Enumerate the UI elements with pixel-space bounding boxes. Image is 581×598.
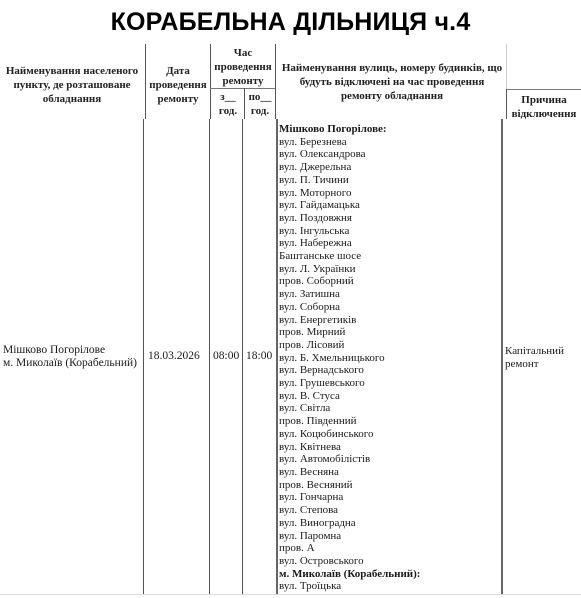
street-item: вул. Інгульська bbox=[279, 225, 501, 238]
header-divider bbox=[145, 44, 146, 119]
header-time-to: по__ год. bbox=[245, 90, 275, 118]
street-item: пров. А bbox=[279, 542, 501, 555]
page-title: КОРАБЕЛЬНА ДІЛЬНИЦЯ ч.4 bbox=[0, 8, 581, 37]
body-divider bbox=[242, 119, 243, 594]
street-item: вул. Джерельна bbox=[279, 161, 501, 174]
street-item: вул. Автомобілістів bbox=[279, 453, 501, 466]
street-item: вул. Березнева bbox=[279, 136, 501, 149]
settlement-cell: Мішково Погорілове м. Миколаїв (Корабель… bbox=[3, 344, 143, 370]
header-divider bbox=[275, 44, 276, 119]
time-to-cell: 18:00 bbox=[246, 350, 272, 363]
street-item: вул. Л. Українки bbox=[279, 263, 501, 276]
street-item: вул. Гайдамацька bbox=[279, 199, 501, 212]
street-item: вул. Світла bbox=[279, 402, 501, 415]
street-item: вул. Затишна bbox=[279, 288, 501, 301]
header-divider bbox=[244, 88, 245, 119]
settlement-line: м. Миколаїв (Корабельний) bbox=[3, 357, 143, 370]
street-item: вул. Виноградна bbox=[279, 517, 501, 530]
street-item: вул. Набережна bbox=[279, 237, 501, 250]
header-divider bbox=[506, 89, 581, 90]
street-item: вул. Моторного bbox=[279, 187, 501, 200]
reason-line: Капітальний bbox=[505, 345, 579, 358]
header-divider bbox=[506, 89, 507, 119]
header-divider bbox=[506, 44, 507, 90]
reason-line: ремонт bbox=[505, 358, 579, 371]
header-time-from: з__ год. bbox=[213, 90, 243, 118]
street-item: пров. Весняний bbox=[279, 479, 501, 492]
street-item: вул. Поздовжня bbox=[279, 212, 501, 225]
header-time-group: Час проведення ремонту bbox=[211, 46, 275, 88]
street-item: пров. Південний bbox=[279, 415, 501, 428]
street-list: Мішково Погорілове:вул. Березневавул. Ол… bbox=[279, 123, 501, 593]
street-item: вул. Енергетиків bbox=[279, 314, 501, 327]
street-item: вул. Олександрова bbox=[279, 148, 501, 161]
street-item: пров. Соборний bbox=[279, 275, 501, 288]
street-item: вул. Грушевського bbox=[279, 377, 501, 390]
street-group-heading: м. Миколаїв (Корабельний): bbox=[279, 568, 501, 581]
body-divider bbox=[501, 119, 503, 594]
body-divider bbox=[276, 119, 278, 594]
street-item: вул. Квітнева bbox=[279, 441, 501, 454]
reason-cell: Капітальний ремонт bbox=[505, 345, 579, 371]
street-item: вул. П. Тичини bbox=[279, 174, 501, 187]
street-item: вул. Островського bbox=[279, 555, 501, 568]
header-reason: Причина відключення bbox=[507, 93, 581, 121]
street-item: вул. Соборна bbox=[279, 301, 501, 314]
settlement-line: Мішково Погорілове bbox=[3, 344, 143, 357]
table-bottom-border bbox=[0, 594, 581, 595]
street-item: вул. Паромна bbox=[279, 530, 501, 543]
header-date: Дата проведення ремонту bbox=[147, 64, 209, 106]
header-divider bbox=[210, 44, 211, 119]
street-item: вул. Степова bbox=[279, 504, 501, 517]
date-cell: 18.03.2026 bbox=[148, 350, 200, 363]
street-item: вул. Б. Хмельницького bbox=[279, 352, 501, 365]
street-item: вул. Весняна bbox=[279, 466, 501, 479]
header-settlement: Найменування населеного пункту, де розта… bbox=[2, 64, 142, 106]
body-divider bbox=[209, 119, 210, 594]
street-item: Баштанське шосе bbox=[279, 250, 501, 263]
street-item: вул. В. Стуса bbox=[279, 390, 501, 403]
body-divider bbox=[143, 119, 144, 594]
street-item: вул. Гончарна bbox=[279, 491, 501, 504]
street-item: вул. Вернадського bbox=[279, 364, 501, 377]
time-from-cell: 08:00 bbox=[213, 350, 239, 363]
street-item: пров. Мирний bbox=[279, 326, 501, 339]
street-item: пров. Лісовий bbox=[279, 339, 501, 352]
street-item: вул. Коцюбинського bbox=[279, 428, 501, 441]
header-divider bbox=[210, 88, 275, 89]
header-streets: Найменування вулиць, номеру будинків, що… bbox=[278, 61, 506, 103]
street-item: вул. Троїцька bbox=[279, 580, 501, 593]
street-group-heading: Мішково Погорілове: bbox=[279, 123, 501, 136]
